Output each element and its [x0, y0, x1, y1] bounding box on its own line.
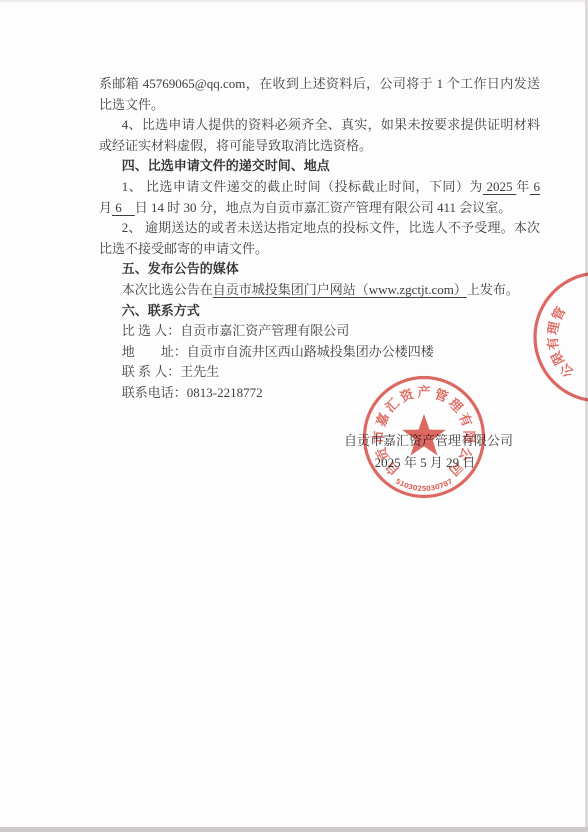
seal-ring-char: 产: [417, 385, 430, 400]
text-segment: 系邮箱 45769065@qq.com，在收到上述资料后，公司将于 1 个工作日…: [99, 76, 540, 112]
text-segment: 联系电话：0813-2218772: [122, 385, 263, 400]
heading-section5: 五、发布公告的媒体: [99, 259, 540, 280]
text-segment: 五、发布公告的媒体: [122, 261, 239, 276]
seal-ring-char: 限: [462, 430, 477, 443]
text-segment: 日 14 时 30 分，地点为自贡市嘉汇资产管理有限公司 411 会议室。: [135, 200, 512, 215]
text-segment: 1、 比选申请文件递交的截止时间（投标截止时间，下同）为: [122, 179, 483, 194]
heading-section4: 四、比选申请文件的递交时间、地点: [99, 156, 540, 177]
seal-ring-char: 市: [372, 430, 387, 443]
text-segment: 年: [516, 179, 529, 194]
text-segment: 4、比选申请人提供的资料必须齐全、真实，如果未按要求提供证明材料或经证实材料虚假…: [99, 117, 540, 153]
seal-ring-char: 司: [446, 459, 466, 479]
cross-page-seal: 管理有限公: [519, 257, 588, 417]
underlined-text: 自贡市城投集团门户网站（www.zgctjt.com）: [213, 282, 467, 297]
seal-ring-char: 汇: [382, 395, 402, 415]
scan-edge-bottom: [0, 827, 588, 832]
seal-ring-char: 资: [398, 386, 417, 405]
para-late-delivery: 2、 逾期送达的或者未送达指定地点的投标文件，比选人不予受理。本次比选不接受邮寄…: [99, 218, 540, 259]
seal-ring-char: 自: [382, 459, 402, 479]
text-segment: 联 系 人：王先生: [122, 364, 220, 379]
text-segment: 四、比选申请文件的递交时间、地点: [122, 158, 330, 173]
underlined-text: 6: [530, 179, 540, 194]
underlined-text: 2025: [483, 179, 516, 194]
text-segment: 2、 逾期送达的或者未送达指定地点的投标文件，比选人不予受理。本次比选不接受邮寄…: [99, 220, 540, 256]
company-seal: 自贡市嘉汇资产管理有限公司 5103025030787: [354, 367, 494, 507]
scan-edge-top: [0, 0, 588, 2]
text-segment: 地 址：自贡市自流井区西山路城投集团办公楼四楼: [122, 344, 434, 359]
underlined-text: 6: [112, 200, 135, 215]
contact-selector: 比 选 人：自贡市嘉汇资产管理有限公司: [99, 321, 540, 342]
para-item4-materials: 4、比选申请人提供的资料必须齐全、真实，如果未按要求提供证明材料或经证实材料虚假…: [99, 115, 540, 156]
star-icon: [402, 414, 446, 456]
seal-ring-char: 嘉: [373, 411, 392, 429]
seal-ring-char: 有: [456, 411, 475, 429]
text-segment: 比 选 人：自贡市嘉汇资产管理有限公司: [122, 323, 350, 338]
seal-ring-char: 管: [549, 304, 568, 323]
seal-border-circle: [535, 273, 588, 401]
scanned-page: 系邮箱 45769065@qq.com，在收到上述资料后，公司将于 1 个工作日…: [0, 0, 588, 832]
contact-address: 地 址：自贡市自流井区西山路城投集团办公楼四楼: [99, 342, 540, 363]
seal-ring-text: 管理有限公: [545, 304, 577, 380]
seal-ring-char: 贡: [373, 444, 392, 463]
document-body: 系邮箱 45769065@qq.com，在收到上述资料后，公司将于 1 个工作日…: [99, 74, 540, 404]
para-deadline: 1、 比选申请文件递交的截止时间（投标截止时间，下同）为 2025 年 6 月 …: [99, 177, 540, 218]
para-announcement-media: 本次比选公告在自贡市城投集团门户网站（www.zgctjt.com）上发布。: [99, 280, 540, 301]
seal-ring-char: 管: [432, 386, 450, 405]
text-segment: 上发布。: [467, 282, 519, 297]
text-segment: 月: [99, 200, 112, 215]
heading-section6: 六、联系方式: [99, 301, 540, 322]
para-email-continuation: 系邮箱 45769065@qq.com，在收到上述资料后，公司将于 1 个工作日…: [99, 74, 540, 115]
seal-ring-char: 有: [545, 336, 562, 351]
text-segment: 本次比选公告在: [122, 282, 213, 297]
seal-serial-number: 5103025030787: [394, 477, 454, 493]
text-segment: 六、联系方式: [122, 303, 200, 318]
